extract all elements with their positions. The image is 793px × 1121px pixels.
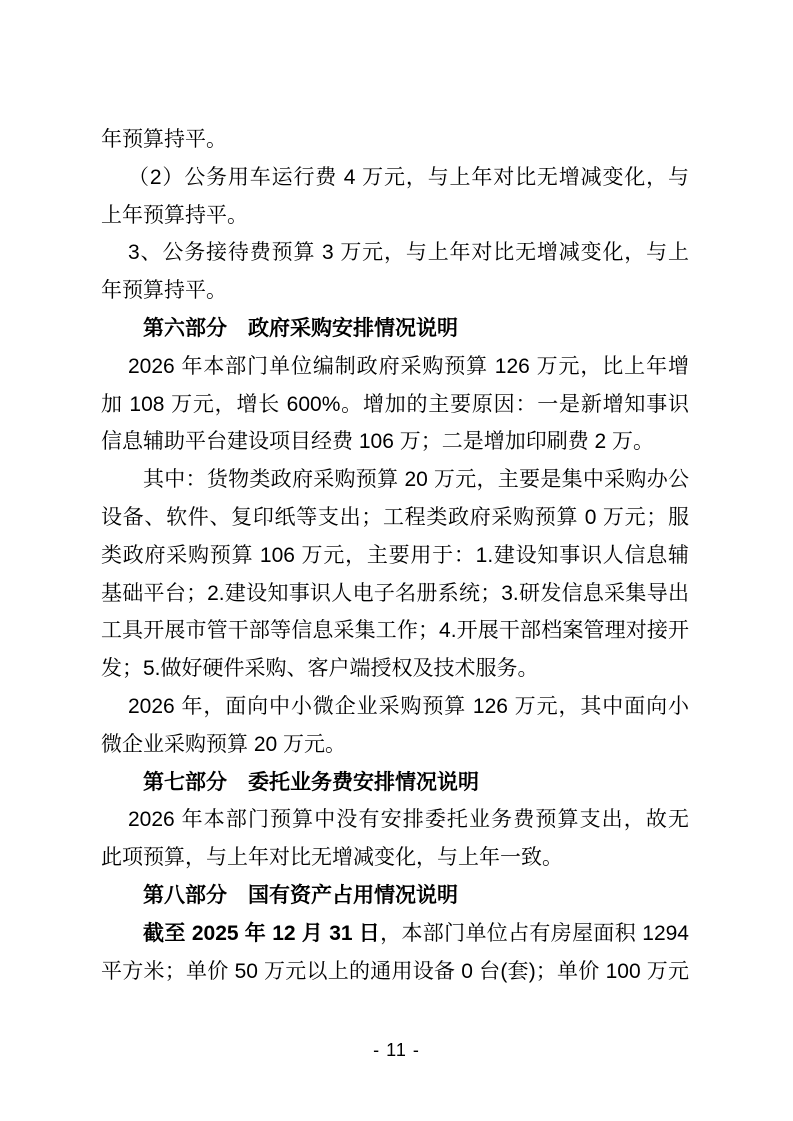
body-line: 此项预算，与上年对比无增减变化，与上年一致。	[101, 839, 689, 877]
heading-part7: 第七部分 委托业务费安排情况说明	[101, 764, 689, 802]
bold-date-lead: 截至 2025 年 12 月 31 日	[143, 922, 380, 945]
body-line: 类政府采购预算 106 万元，主要用于：1.建设知事识人信息辅助	[101, 537, 689, 575]
body-line: 2026 年本部门单位编制政府采购预算 126 万元，比上年增	[101, 348, 689, 386]
body-line: 年预算持平。	[101, 272, 689, 310]
document-page: 年预算持平。 （2）公务用车运行费 4 万元，与上年对比无增减变化，与 上年预算…	[0, 0, 793, 1121]
body-line: 工具开展市管干部等信息采集工作；4.开展干部档案管理对接开	[101, 612, 689, 650]
body-line: 信息辅助平台建设项目经费 106 万；二是增加印刷费 2 万。	[101, 423, 689, 461]
document-body: 年预算持平。 （2）公务用车运行费 4 万元，与上年对比无增减变化，与 上年预算…	[101, 121, 689, 990]
heading-part6: 第六部分 政府采购安排情况说明	[101, 310, 689, 348]
body-line: 年预算持平。	[101, 121, 689, 159]
body-line: 2026 年，面向中小微企业采购预算 126 万元，其中面向小	[101, 688, 689, 726]
body-line: 平方米；单价 50 万元以上的通用设备 0 台(套)；单价 100 万元	[101, 953, 689, 991]
body-line: 基础平台；2.建设知事识人电子名册系统；3.研发信息采集导出	[101, 575, 689, 613]
body-line: 截至 2025 年 12 月 31 日，本部门单位占有房屋面积 1294	[101, 915, 689, 953]
page-number: - 11 -	[0, 1038, 793, 1062]
body-line-continuation: ，本部门单位占有房屋面积 1294	[380, 922, 689, 945]
heading-part8: 第八部分 国有资产占用情况说明	[101, 877, 689, 915]
body-line: 其中：货物类政府采购预算 20 万元，主要是集中采购办公	[101, 461, 689, 499]
body-line: 微企业采购预算 20 万元。	[101, 726, 689, 764]
body-line: 发；5.做好硬件采购、客户端授权及技术服务。	[101, 650, 689, 688]
body-line: 3、公务接待费预算 3 万元，与上年对比无增减变化，与上	[101, 234, 689, 272]
body-line: 加 108 万元，增长 600%。增加的主要原因：一是新增知事识人	[101, 386, 689, 424]
body-line: 上年预算持平。	[101, 197, 689, 235]
body-line: 设备、软件、复印纸等支出；工程类政府采购预算 0 万元；服务	[101, 499, 689, 537]
body-line: （2）公务用车运行费 4 万元，与上年对比无增减变化，与	[101, 159, 689, 197]
body-line: 2026 年本部门预算中没有安排委托业务费预算支出，故无	[101, 801, 689, 839]
